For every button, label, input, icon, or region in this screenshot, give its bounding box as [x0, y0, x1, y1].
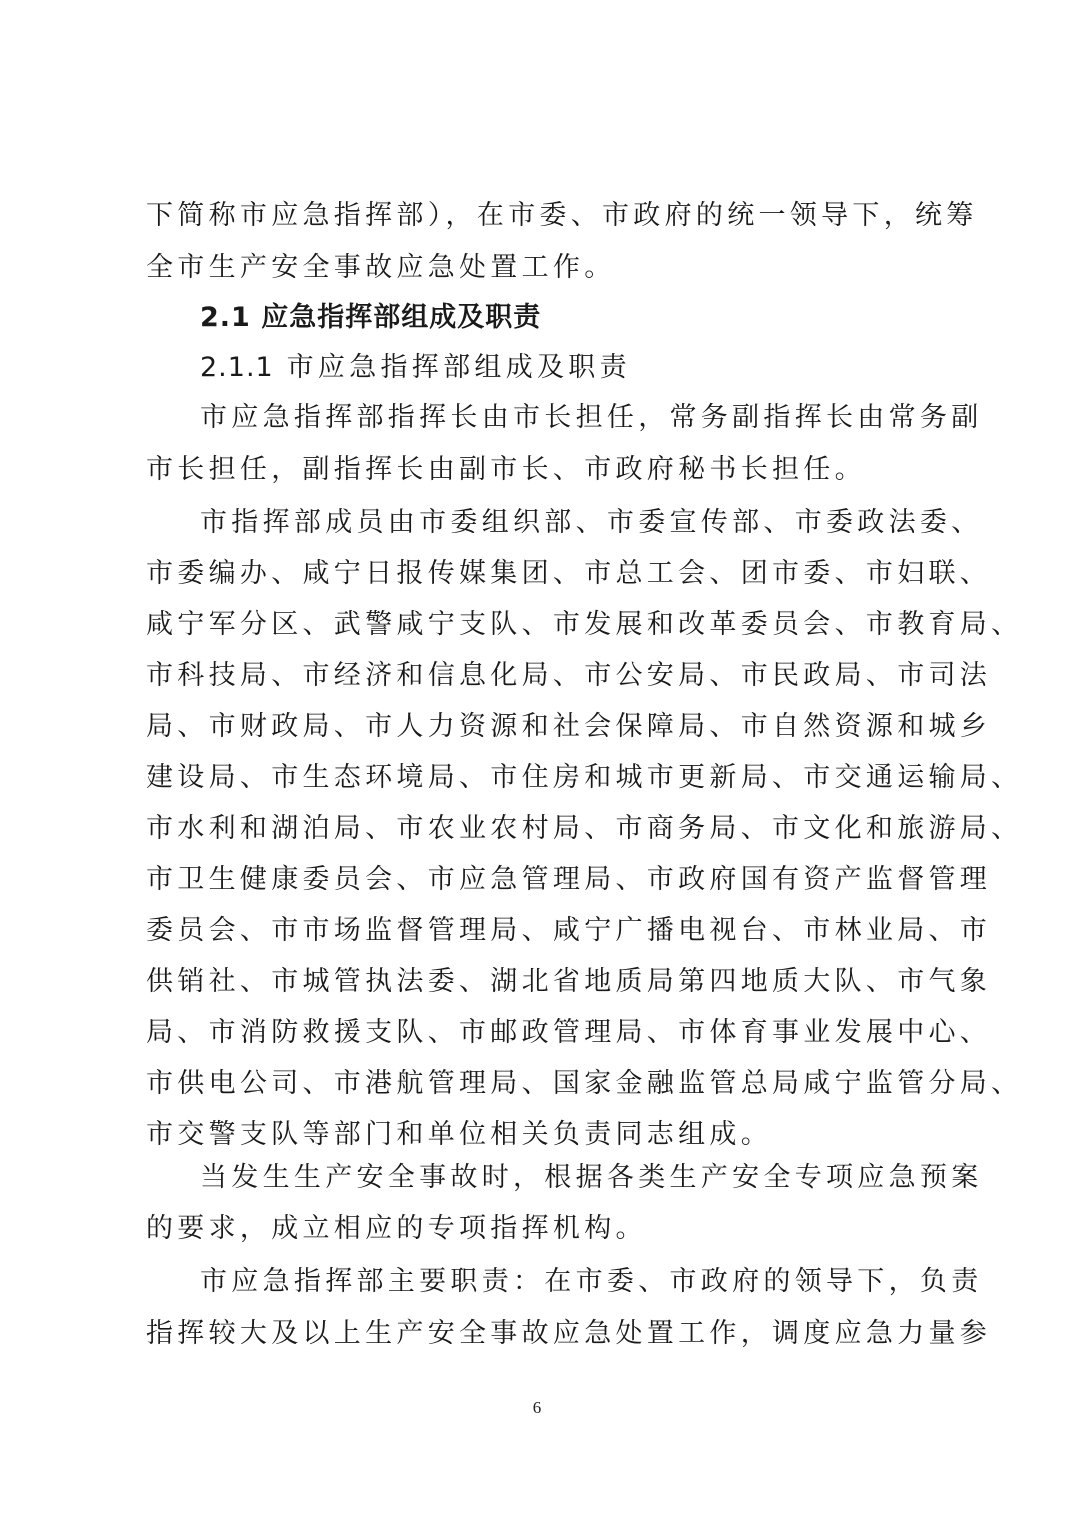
subsection-number: 2.1.1 [200, 352, 274, 383]
paragraph-line: 委员会、市市场监督管理局、咸宁广播电视台、市林业局、市 [146, 913, 936, 949]
paragraph-line: 局、市消防救援支队、市邮政管理局、市体育事业发展中心、 [146, 1015, 936, 1051]
paragraph-line: 市应急指挥部主要职责：在市委、市政府的领导下，负责 [200, 1264, 936, 1300]
paragraph-line: 当发生生产安全事故时，根据各类生产安全专项应急预案 [200, 1160, 936, 1196]
paragraph-line: 市交警支队等部门和单位相关负责同志组成。 [146, 1117, 936, 1153]
paragraph-line: 局、市财政局、市人力资源和社会保障局、市自然资源和城乡 [146, 709, 936, 745]
paragraph-line: 市委编办、咸宁日报传媒集团、市总工会、团市委、市妇联、 [146, 556, 936, 592]
document-page: 下简称市应急指挥部），在市委、市政府的统一领导下，统筹 全市生产安全事故应急处置… [0, 0, 1074, 1520]
paragraph-line: 市指挥部成员由市委组织部、市委宣传部、市委政法委、 [200, 505, 936, 541]
paragraph-line: 指挥较大及以上生产安全事故应急处置工作，调度应急力量参 [146, 1316, 936, 1352]
body-text-line: 下简称市应急指挥部），在市委、市政府的统一领导下，统筹 [146, 198, 936, 234]
paragraph-line: 市科技局、市经济和信息化局、市公安局、市民政局、市司法 [146, 658, 936, 694]
paragraph-line: 咸宁军分区、武警咸宁支队、市发展和改革委员会、市教育局、 [146, 607, 936, 643]
subsection-title: 市应急指挥部组成及职责 [287, 352, 631, 383]
paragraph-line: 建设局、市生态环境局、市住房和城市更新局、市交通运输局、 [146, 760, 936, 796]
paragraph-line: 市长担任，副指挥长由副市长、市政府秘书长担任。 [146, 452, 936, 488]
section-number: 2.1 [200, 302, 251, 333]
paragraph-line: 供销社、市城管执法委、湖北省地质局第四地质大队、市气象 [146, 964, 936, 1000]
paragraph-line: 的要求，成立相应的专项指挥机构。 [146, 1211, 936, 1247]
paragraph-line: 市应急指挥部指挥长由市长担任，常务副指挥长由常务副 [200, 400, 936, 436]
paragraph-line: 市水利和湖泊局、市农业农村局、市商务局、市文化和旅游局、 [146, 811, 936, 847]
section-title: 应急指挥部组成及职责 [261, 302, 541, 333]
page-number: 6 [527, 1398, 547, 1418]
paragraph-line: 市供电公司、市港航管理局、国家金融监管总局咸宁监管分局、 [146, 1066, 936, 1102]
paragraph-line: 市卫生健康委员会、市应急管理局、市政府国有资产监督管理 [146, 862, 936, 898]
body-text-line: 全市生产安全事故应急处置工作。 [146, 250, 936, 286]
subsection-heading: 2.1.1 市应急指挥部组成及职责 [200, 350, 936, 386]
section-heading: 2.1 应急指挥部组成及职责 [200, 300, 936, 336]
